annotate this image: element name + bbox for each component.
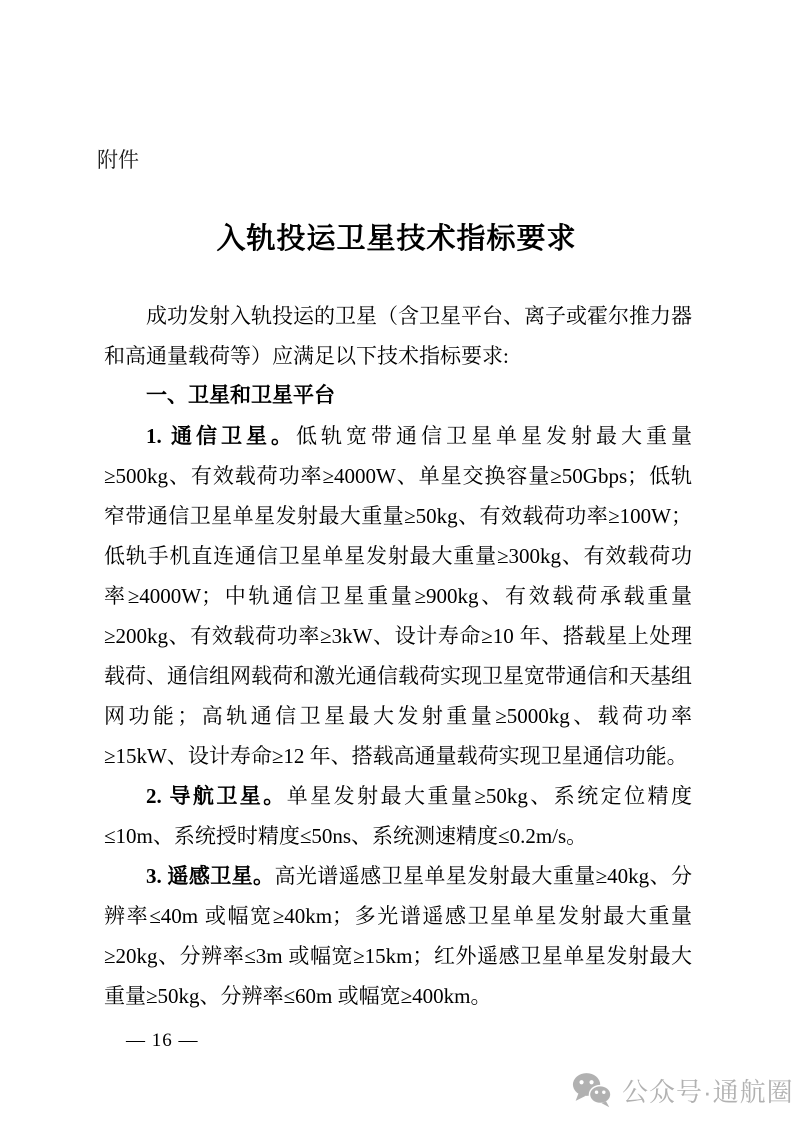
item-1-text: 低轨宽带通信卫星单星发射最大重量≥500kg、有效载荷功率≥4000W、单星交换…: [104, 424, 692, 768]
wechat-icon: [572, 1071, 612, 1109]
page-number: — 16 —: [126, 1030, 199, 1052]
item-3-label: 3. 遥感卫星。: [146, 864, 274, 888]
item-2-label: 2. 导航卫星。: [146, 784, 287, 808]
watermark-text: 公众号·通航圈: [622, 1072, 793, 1109]
document-body: 成功发射入轨投运的卫星（含卫星平台、离子或霍尔推力器和高通量载荷等）应满足以下技…: [104, 296, 692, 1016]
document-page: 附件 入轨投运卫星技术指标要求 成功发射入轨投运的卫星（含卫星平台、离子或霍尔推…: [0, 0, 793, 1122]
watermark: 公众号·通航圈: [572, 1068, 793, 1112]
section-heading: 一、卫星和卫星平台: [104, 376, 692, 416]
attachment-label: 附件: [97, 144, 139, 174]
item-paragraph-navigation: 2. 导航卫星。单星发射最大重量≥50kg、系统定位精度≤10m、系统授时精度≤…: [104, 776, 692, 856]
page-title: 入轨投运卫星技术指标要求: [0, 216, 793, 257]
item-paragraph-communication: 1. 通信卫星。低轨宽带通信卫星单星发射最大重量≥500kg、有效载荷功率≥40…: [104, 416, 692, 776]
item-1-label: 1. 通信卫星。: [146, 424, 296, 448]
intro-paragraph: 成功发射入轨投运的卫星（含卫星平台、离子或霍尔推力器和高通量载荷等）应满足以下技…: [104, 296, 692, 376]
item-paragraph-remote-sensing: 3. 遥感卫星。高光谱遥感卫星单星发射最大重量≥40kg、分辨率≤40m 或幅宽…: [104, 856, 692, 1016]
